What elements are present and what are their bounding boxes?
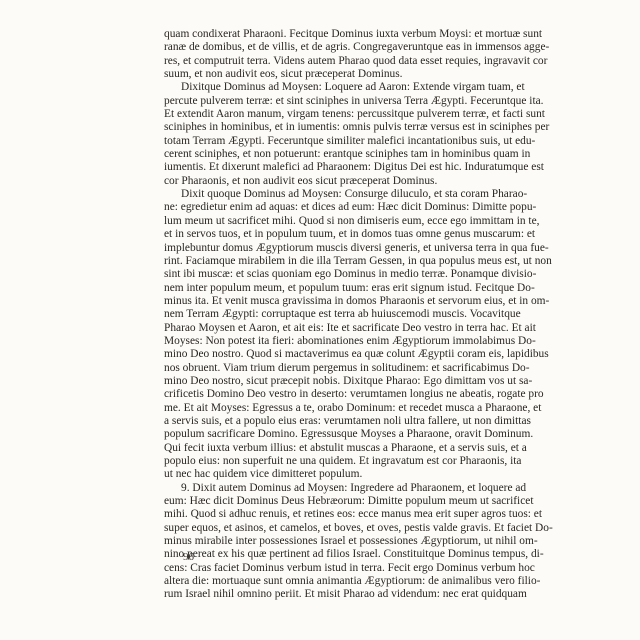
text-line: suum, et non audivit eos, sicut præceper… <box>164 68 491 81</box>
text-line: cor Pharaonis, et non audivit eos sicut … <box>164 175 491 188</box>
text-line: altera die: mortuaque sunt omnia animant… <box>164 575 491 588</box>
text-line: iumentis. Et dixerunt malefici ad Pharao… <box>164 161 491 174</box>
text-line: quam condixerat Pharaoni. Fecitque Domin… <box>164 28 491 41</box>
text-line: res, et computruit terra. Videns autem P… <box>164 55 491 68</box>
text-line: Dixitque Dominus ad Moysen: Loquere ad A… <box>164 81 491 94</box>
text-line: ne: egredietur enim ad aquas: et dices a… <box>164 201 491 214</box>
text-line: a servis suis, et a populo eius eras: ve… <box>164 415 491 428</box>
text-line: rum Israel nihil omnino periit. Et misit… <box>164 588 491 601</box>
text-line: nem Terram Ægypti: corruptaque est terra… <box>164 308 491 321</box>
page-number: 96 <box>183 551 194 563</box>
text-line: minus mirabile inter possessiones Israel… <box>164 535 491 548</box>
paragraph: Dixit quoque Dominus ad Moysen: Consurge… <box>164 188 491 482</box>
text-line: sint ibi muscæ: et scias quoniam ego Dom… <box>164 268 491 281</box>
text-line: cens: Cras faciet Dominus verbum istud i… <box>164 562 491 575</box>
body-text: quam condixerat Pharaoni. Fecitque Domin… <box>164 28 491 602</box>
text-line: 9. Dixit autem Dominus ad Moysen: Ingred… <box>164 482 491 495</box>
book-page: quam condixerat Pharaoni. Fecitque Domin… <box>0 0 640 640</box>
text-line: lum meum ut sacrificet mihi. Quod si non… <box>164 215 491 228</box>
text-line: nino pereat ex his quæ pertinent ad fili… <box>164 548 491 561</box>
text-line: mihi. Quod si adhuc renuis, et retines e… <box>164 508 491 521</box>
text-line: crificetis Domino Deo vestro in deserto:… <box>164 388 491 401</box>
text-line: nem inter populum meum, et populum tuum:… <box>164 282 491 295</box>
text-line: ranæ de domibus, et de villis, et de agr… <box>164 41 491 54</box>
text-line: sciniphes in hominibus, et in iumentis: … <box>164 121 491 134</box>
text-line: Qui fecit iuxta verbum illius: et abstul… <box>164 442 491 455</box>
text-line: et in servos tuos, et in populum tuum, e… <box>164 228 491 241</box>
paragraph: 9. Dixit autem Dominus ad Moysen: Ingred… <box>164 482 491 602</box>
text-line: Et extendit Aaron manum, virgam tenens: … <box>164 108 491 121</box>
text-line: implebuntur domus Ægyptiorum muscis dive… <box>164 242 491 255</box>
text-line: ut nec hac quidem vice dimitteret populu… <box>164 468 491 481</box>
text-line: nos obruent. Viam trium dierum pergemus … <box>164 362 491 375</box>
paragraph: quam condixerat Pharaoni. Fecitque Domin… <box>164 28 491 81</box>
text-line: totam Terram Ægypti. Feceruntque similit… <box>164 135 491 148</box>
text-line: mino Deo nostro. Quod si mactaverimus ea… <box>164 348 491 361</box>
text-line: Dixit quoque Dominus ad Moysen: Consurge… <box>164 188 491 201</box>
text-line: populo eius: non superfuit ne una quidem… <box>164 455 491 468</box>
text-line: minus ita. Et venit musca gravissima in … <box>164 295 491 308</box>
text-line: percute pulverem terræ: et sint sciniphe… <box>164 95 491 108</box>
text-line: populum sacrificare Domino. Egressusque … <box>164 428 491 441</box>
text-line: me. Et ait Moyses: Egressus a te, orabo … <box>164 402 491 415</box>
text-line: eum: Hæc dicit Dominus Deus Hebræorum: D… <box>164 495 491 508</box>
text-line: Moyses: Non potest ita fieri: abominatio… <box>164 335 491 348</box>
text-line: Pharao Moysen et Aaron, et ait eis: Ite … <box>164 322 491 335</box>
text-line: cerent sciniphes, et non potuerunt: eran… <box>164 148 491 161</box>
paragraph: Dixitque Dominus ad Moysen: Loquere ad A… <box>164 81 491 188</box>
text-line: rint. Faciamque mirabilem in die illa Te… <box>164 255 491 268</box>
text-line: super equos, et asinos, et camelos, et b… <box>164 522 491 535</box>
text-line: mino Deo nostro, sicut præcepit nobis. D… <box>164 375 491 388</box>
